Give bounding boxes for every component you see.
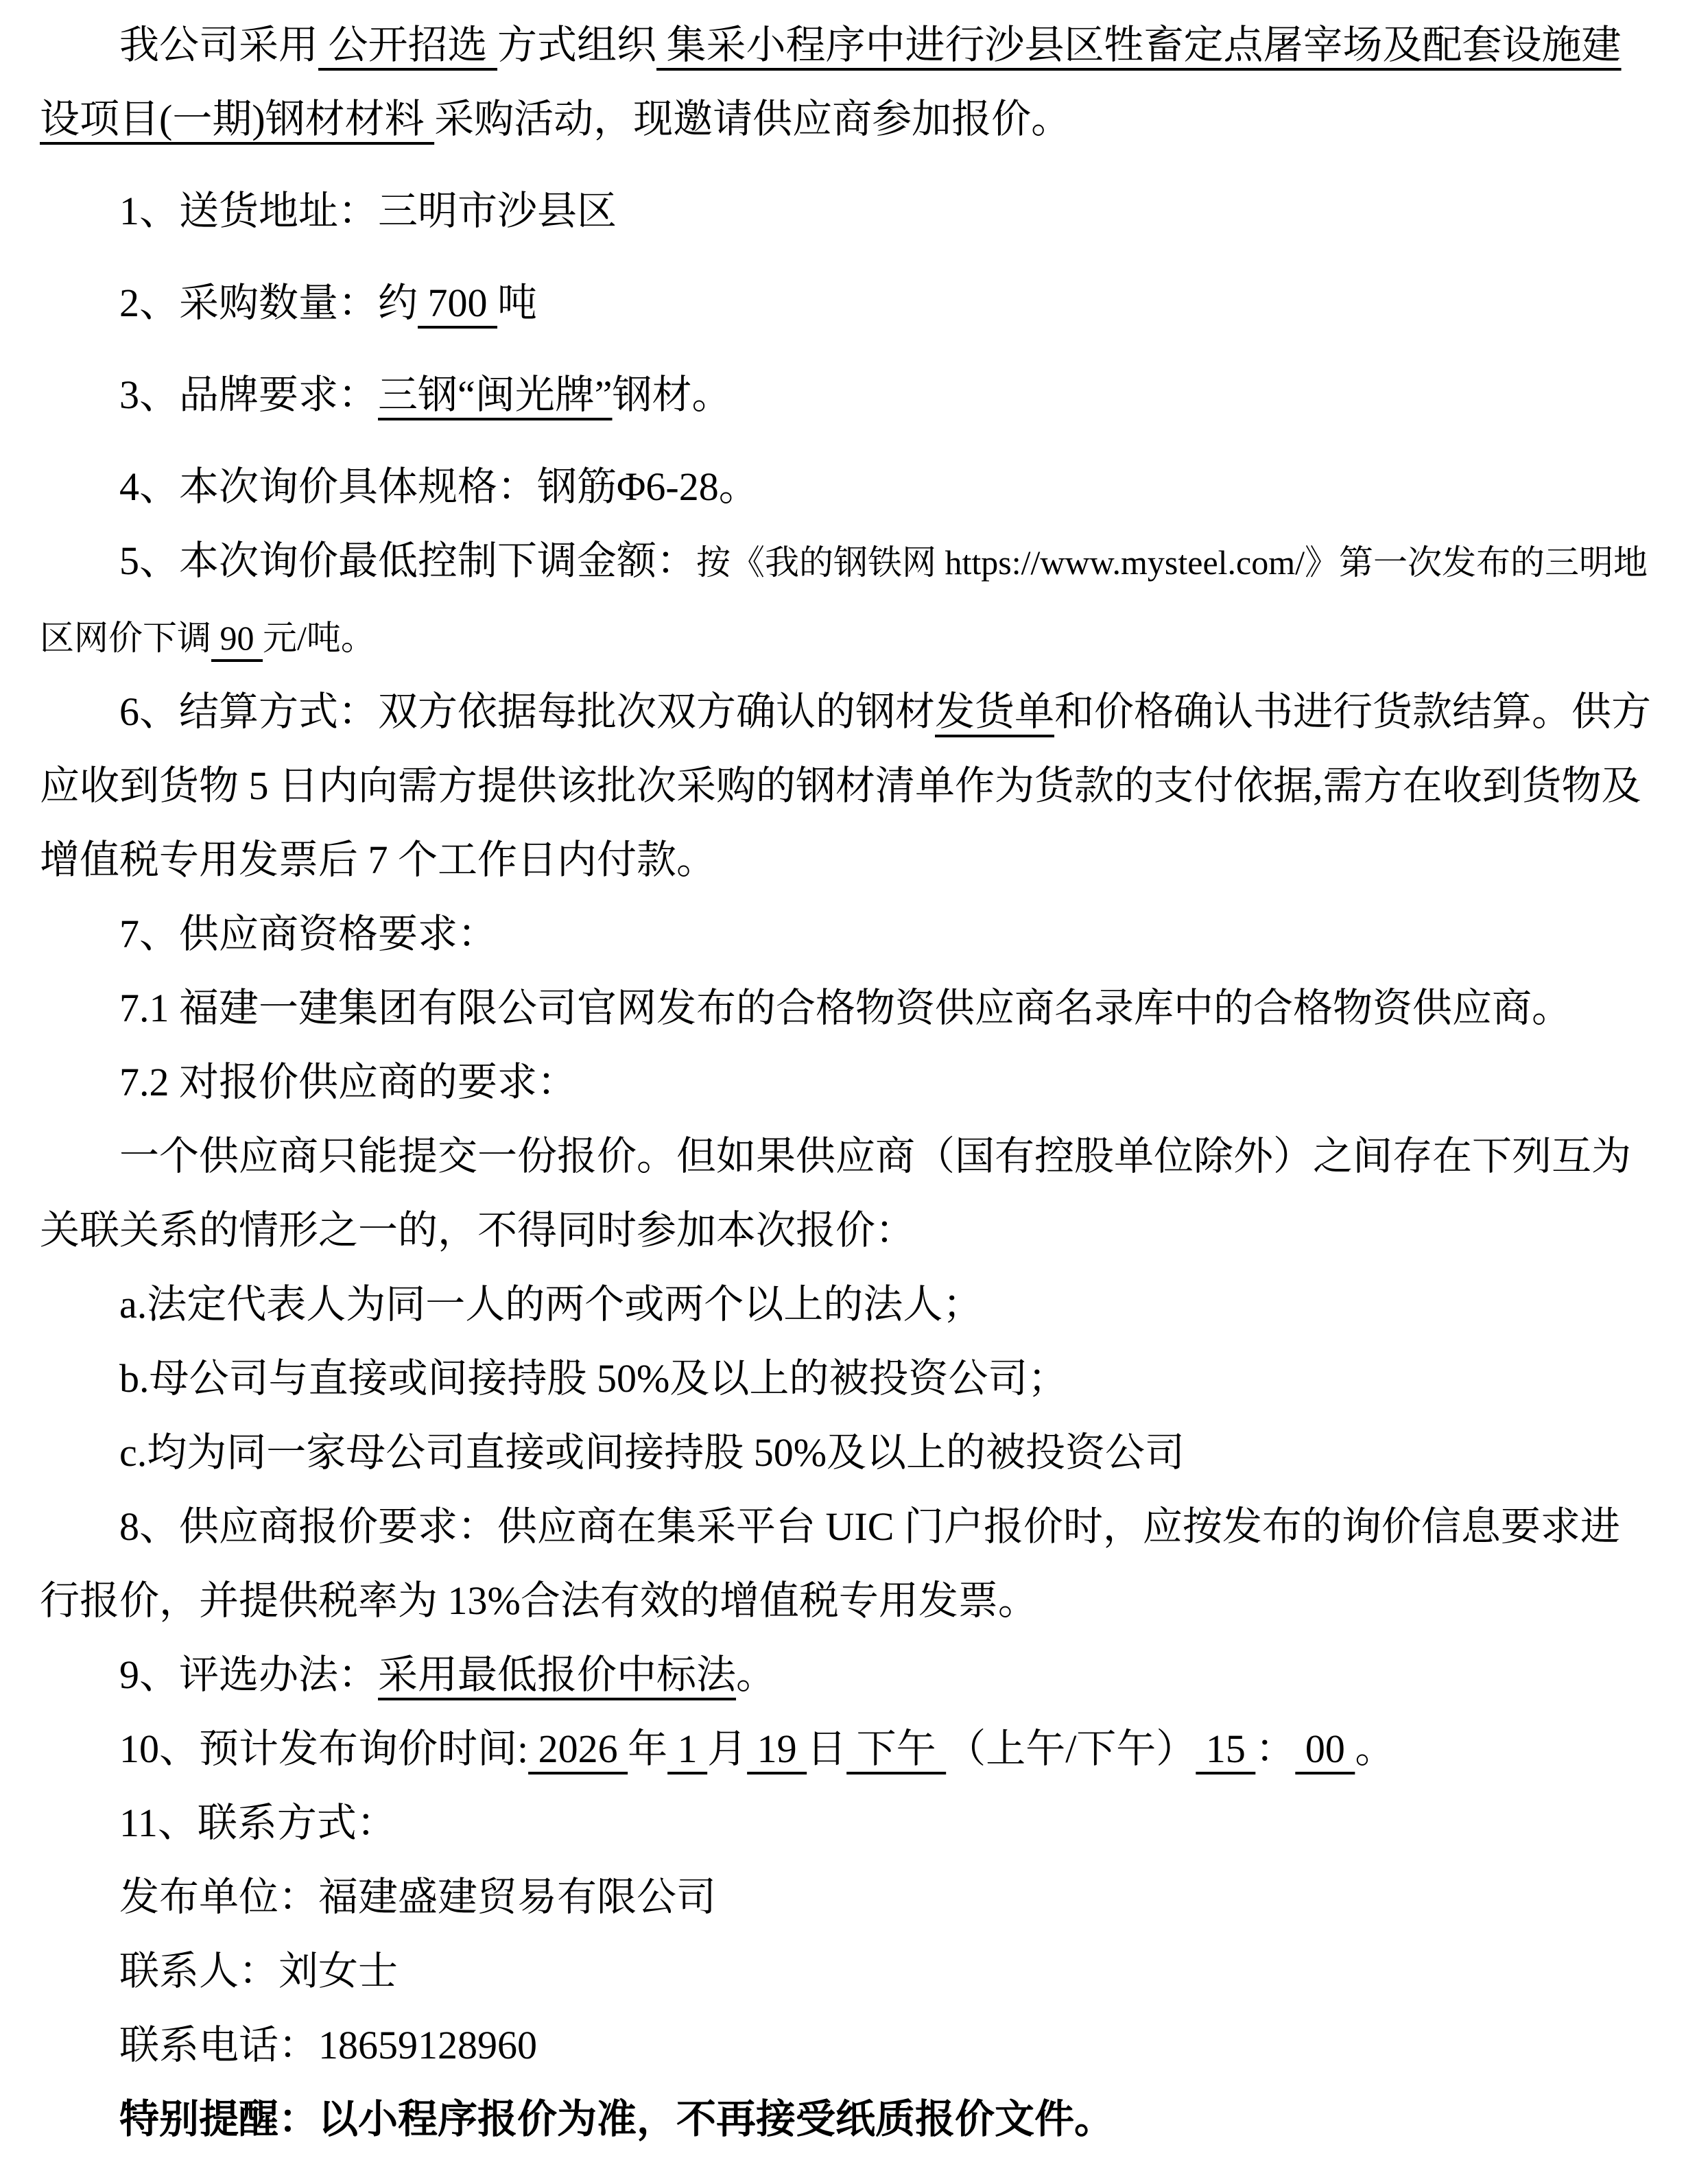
text-segment: 9、评选办法： (119, 1652, 378, 1697)
underlined-text: 00 (1295, 1726, 1355, 1771)
item-6-settlement: 6、结算方式：双方依据每批次双方确认的钢材发货单和价格确认书进行货款结算。供方应… (40, 675, 1659, 897)
text-segment: ： (1255, 1726, 1295, 1771)
item-10-inquiry-time: 10、预计发布询价时间: 2026 年 1 月 19 日 下午 （上午/下午） … (40, 1712, 1659, 1786)
text-segment: 10、预计发布询价时间: (119, 1726, 528, 1771)
text-segment: 3、品牌要求： (119, 372, 378, 417)
text-segment: 年 (628, 1726, 667, 1771)
text-segment: b.母公司与直接或间接持股 50%及以上的被投资公司； (119, 1356, 1067, 1401)
item-1-delivery-address: 1、送货地址：三明市沙县区 (40, 174, 1659, 248)
special-notice-line: 特别提醒：以小程序报价为准，不再接受纸质报价文件。 (40, 2082, 1659, 2157)
text-segment: 8、供应商报价要求：供应商在集采平台 UIC 门户报价时，应按发布的询价信息要求… (40, 1504, 1620, 1623)
item-8-quotation-requirements: 8、供应商报价要求：供应商在集采平台 UIC 门户报价时，应按发布的询价信息要求… (40, 1490, 1659, 1638)
contact-person-line: 联系人：刘女士 (40, 1934, 1659, 2008)
text-segment: c.均为同一家母公司直接或间接持股 50%及以上的被投资公司 (119, 1430, 1185, 1475)
text-segment: 采购活动，现邀请供应商参加报价。 (434, 97, 1071, 141)
text-segment: 一个供应商只能提交一份报价。但如果供应商（国有控股单位除外）之间存在下列互为关联… (40, 1134, 1631, 1253)
text-segment: 1、送货地址：三明市沙县区 (119, 189, 617, 233)
item-2-quantity: 2、采购数量：约 700 吨 (40, 266, 1659, 340)
item-9-evaluation-method: 9、评选办法：采用最低报价中标法。 (40, 1638, 1659, 1712)
item-7-qualification-requirements: 7、供应商资格要求： (40, 897, 1659, 971)
item-7-1: 7.1 福建一建集团有限公司官网发布的合格物资供应商名录库中的合格物资供应商。 (40, 971, 1659, 1045)
underlined-text: 15 (1196, 1726, 1255, 1771)
text-segment: 发布单位：福建盛建贸易有限公司 (119, 1875, 716, 1919)
text-segment: 月 (707, 1726, 747, 1771)
intro-paragraph: 我公司采用 公开招选 方式组织 集采小程序中进行沙县区牲畜定点屠宰场及配套设施建… (40, 8, 1659, 156)
text-segment: 11、联系方式： (119, 1801, 396, 1845)
text-segment: （上午/下午） (946, 1726, 1196, 1771)
text-segment: 7、供应商资格要求： (119, 912, 497, 956)
underlined-text: 公开招选 (318, 23, 497, 67)
text-segment: 特别提醒：以小程序报价为准，不再接受纸质报价文件。 (119, 2097, 1114, 2141)
text-segment: 。 (736, 1652, 776, 1697)
item-4-specification: 4、本次询价具体规格：钢筋Φ6-28。 (40, 450, 1659, 524)
underlined-text: 三钢“闽光牌” (378, 372, 613, 417)
document-body: 我公司采用 公开招选 方式组织 集采小程序中进行沙县区牲畜定点屠宰场及配套设施建… (40, 8, 1659, 2157)
text-segment: 4、本次询价具体规格：钢筋Φ6-28。 (119, 464, 759, 509)
text-segment: 方式组织 (497, 23, 656, 67)
text-segment: 2、采购数量：约 (119, 281, 418, 325)
text-segment: 7.1 福建一建集团有限公司官网发布的合格物资供应商名录库中的合格物资供应商。 (119, 986, 1571, 1030)
underlined-text: 90 (211, 619, 263, 657)
text-segment: 7.2 对报价供应商的要求： (119, 1060, 577, 1104)
underlined-text: 19 (747, 1726, 807, 1771)
text-segment: 5、本次询价最低控制下调金额： (119, 538, 696, 583)
text-segment: 日 (807, 1726, 846, 1771)
item-b-parent-company: b.母公司与直接或间接持股 50%及以上的被投资公司； (40, 1342, 1659, 1416)
underlined-text: 700 (418, 281, 497, 325)
underlined-text: 2026 (528, 1726, 628, 1771)
publisher-line: 发布单位：福建盛建贸易有限公司 (40, 1860, 1659, 1934)
text-segment: 元/吨。 (263, 619, 375, 657)
text-segment: 。 (1355, 1726, 1395, 1771)
text-segment: 6、结算方式：双方依据每批次双方确认的钢材 (119, 689, 935, 734)
text-segment: 钢材。 (613, 372, 732, 417)
item-3-brand: 3、品牌要求：三钢“闽光牌”钢材。 (40, 358, 1659, 432)
underlined-text: 下午 (846, 1726, 946, 1771)
item-11-contact: 11、联系方式： (40, 1786, 1659, 1860)
item-c-same-parent: c.均为同一家母公司直接或间接持股 50%及以上的被投资公司 (40, 1416, 1659, 1490)
contact-phone-line: 联系电话：18659128960 (40, 2008, 1659, 2082)
item-7-2: 7.2 对报价供应商的要求： (40, 1045, 1659, 1119)
document-page: 我公司采用 公开招选 方式组织 集采小程序中进行沙县区牲畜定点屠宰场及配套设施建… (0, 0, 1697, 2184)
text-segment: 我公司采用 (119, 23, 318, 67)
item-a-legal-representative: a.法定代表人为同一人的两个或两个以上的法人； (40, 1268, 1659, 1342)
text-segment: 联系电话：18659128960 (119, 2023, 537, 2067)
text-segment: 联系人：刘女士 (119, 1949, 398, 1993)
underlined-text: 1 (667, 1726, 707, 1771)
item-7-2-body: 一个供应商只能提交一份报价。但如果供应商（国有控股单位除外）之间存在下列互为关联… (40, 1119, 1659, 1268)
text-segment: 吨 (497, 281, 537, 325)
text-segment: a.法定代表人为同一人的两个或两个以上的法人； (119, 1282, 982, 1327)
item-5-price-floor: 5、本次询价最低控制下调金额：按《我的钢铁网 https://www.myste… (40, 524, 1659, 675)
underlined-text: 发货单 (935, 689, 1054, 734)
underlined-text: 采用最低报价中标法 (378, 1652, 736, 1697)
